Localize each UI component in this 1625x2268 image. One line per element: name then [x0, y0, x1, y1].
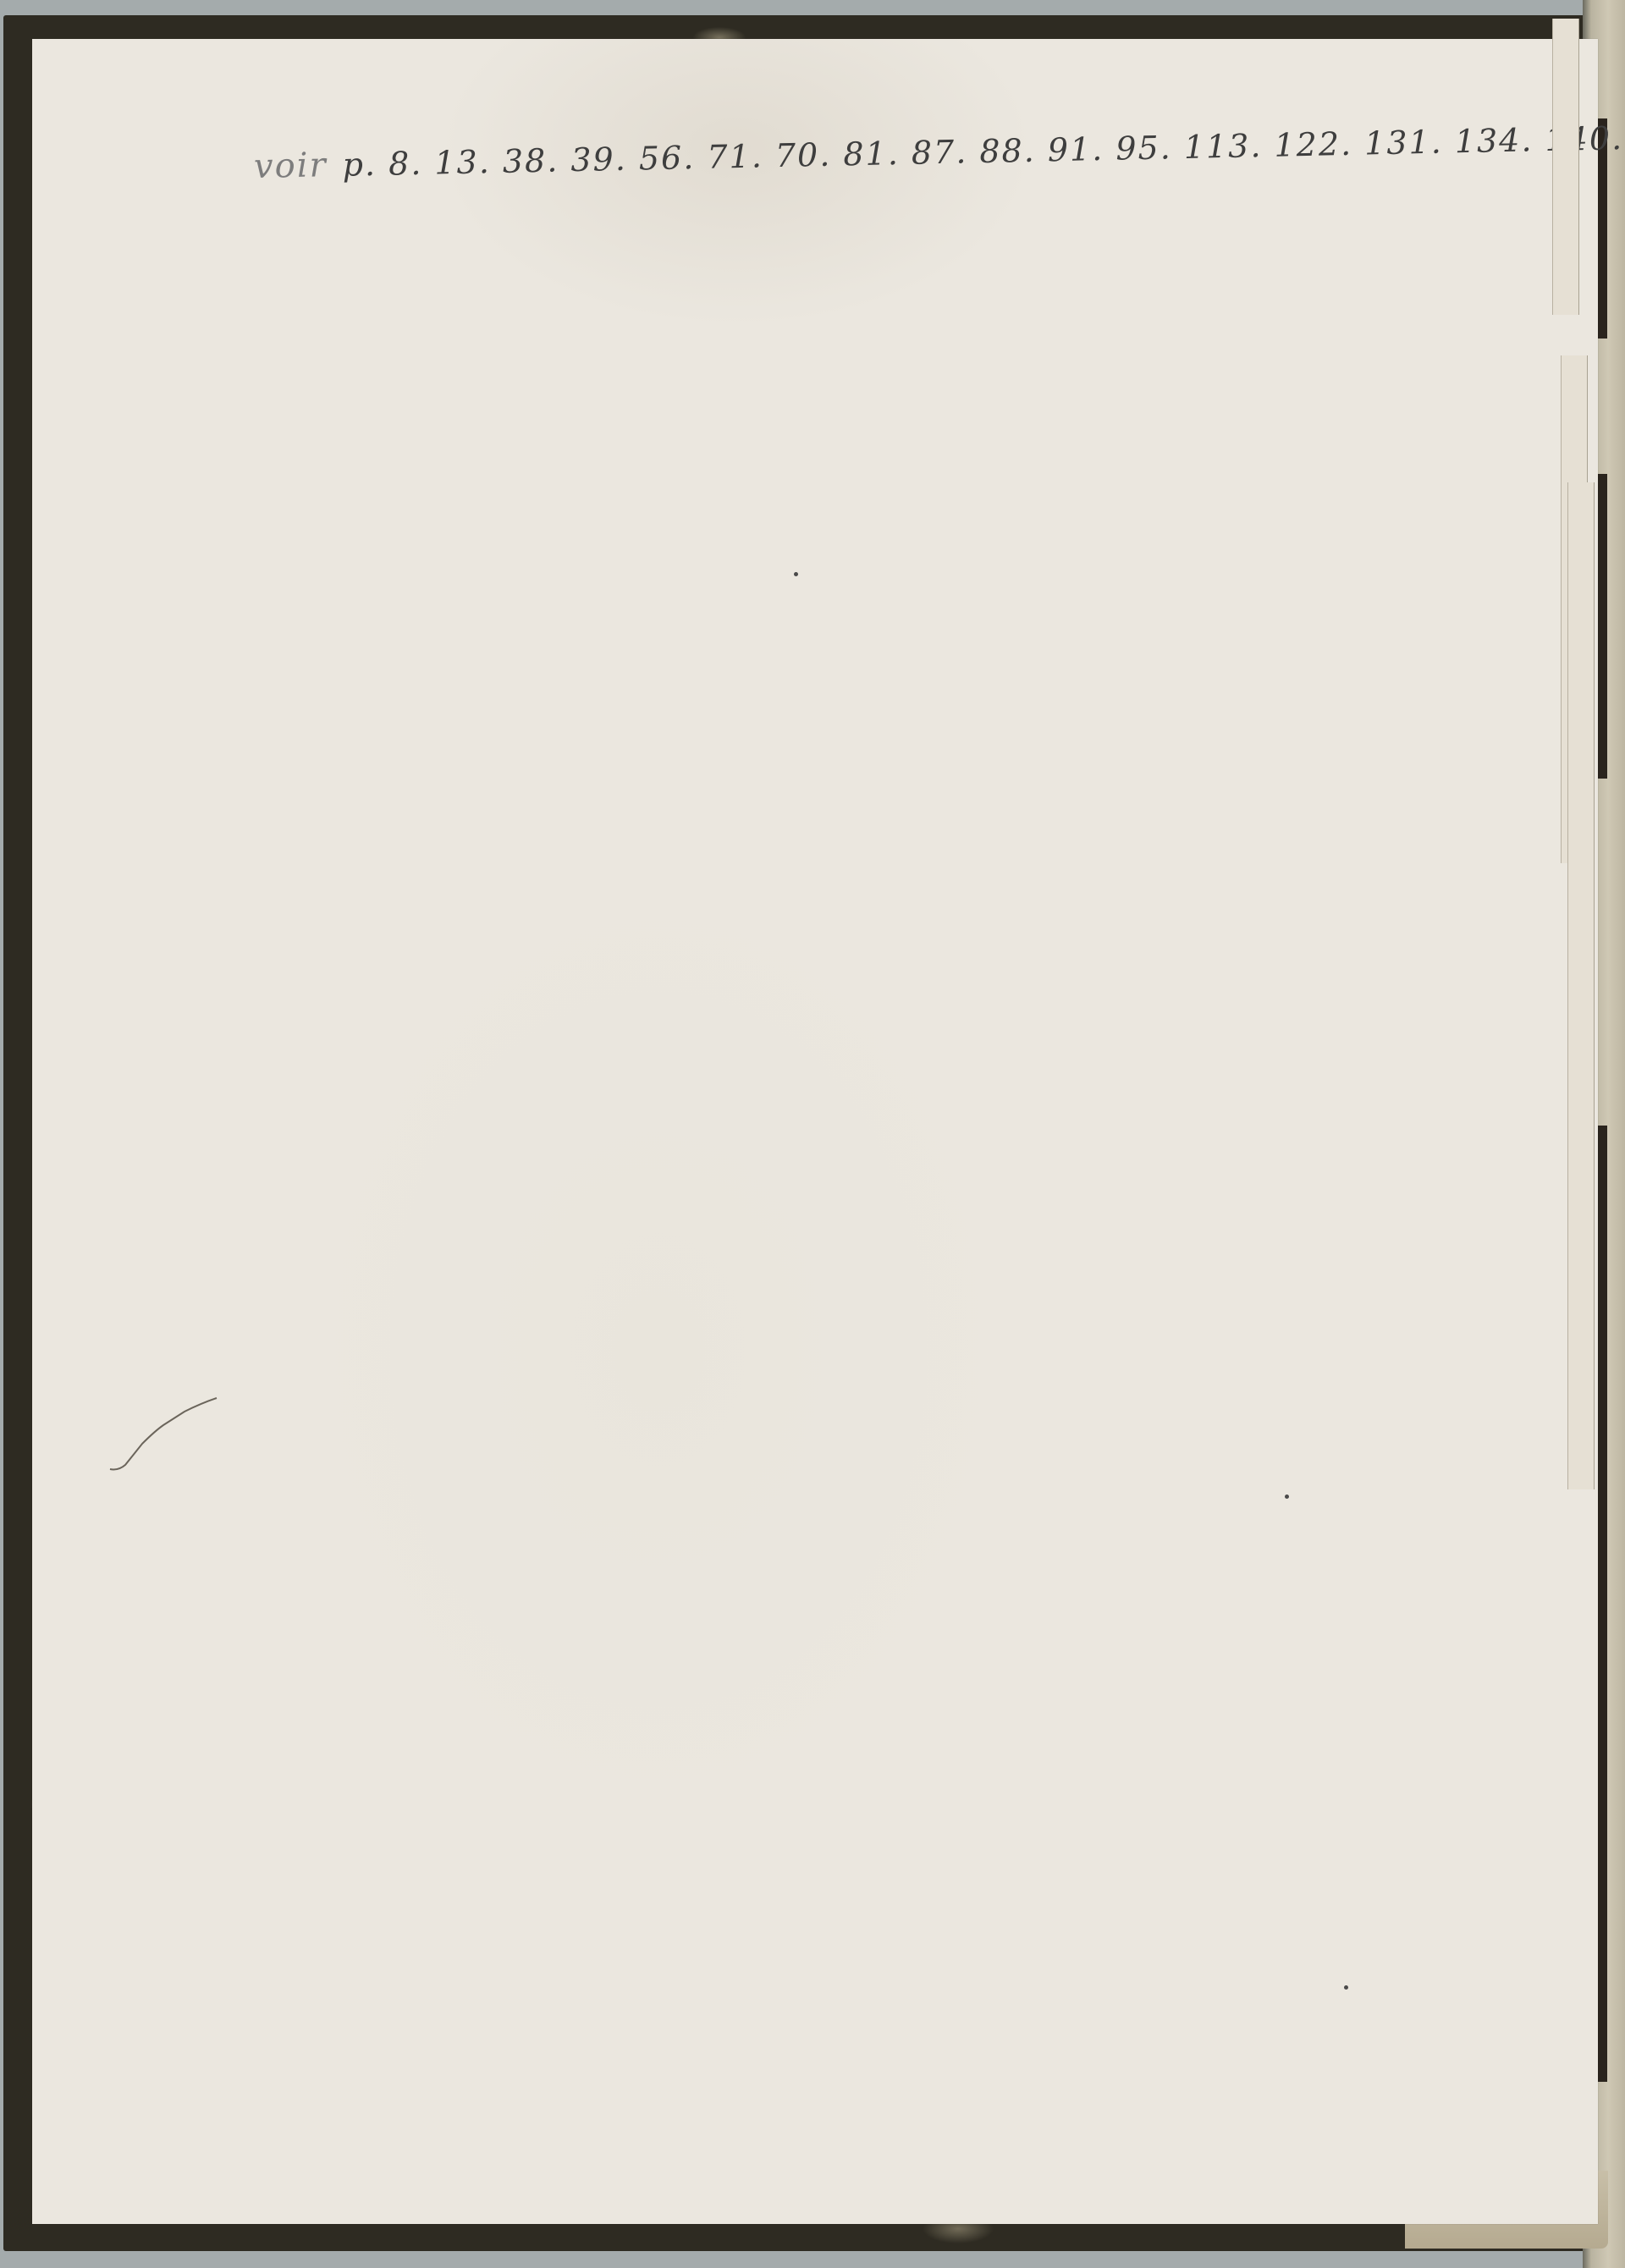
paper-speck	[1344, 1985, 1348, 1990]
page-stub	[1552, 19, 1579, 315]
annotation-lead: voir	[254, 146, 328, 186]
pencil-annotation: voirp. 8. 13. 38. 39. 56. 71. 70. 81. 87…	[254, 113, 1625, 186]
page-stub	[1567, 482, 1595, 1489]
endpaper-page: voirp. 8. 13. 38. 39. 56. 71. 70. 81. 87…	[32, 39, 1598, 2224]
paper-speck	[1285, 1495, 1289, 1499]
paper-crease-mark	[108, 1393, 218, 1473]
paper-speck	[794, 572, 798, 576]
annotation-page-refs: p. 8. 13. 38. 39. 56. 71. 70. 81. 87. 88…	[342, 113, 1625, 183]
